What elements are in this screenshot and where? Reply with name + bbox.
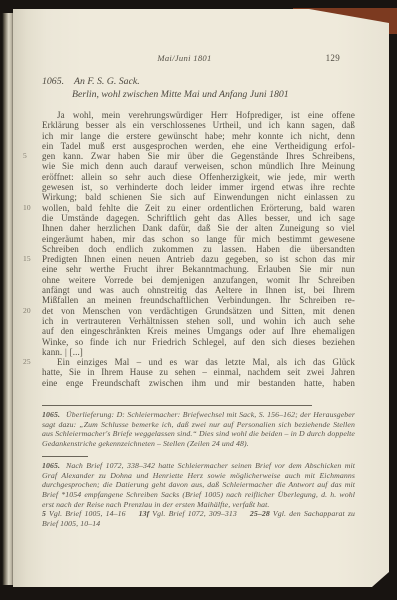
apparatus-sachapparat: 1065.Nach Brief 1072, 338–342 hatte Schl… (42, 461, 355, 510)
apparatus-section-rule (42, 456, 88, 457)
body-line: kann. | [...] (42, 347, 355, 357)
body-line-text: Winke, so finde ich nur Friedrich Schleg… (42, 337, 355, 347)
margin-line-number: 25 (23, 357, 37, 367)
body-line: Schreiben doch endlich zukommen zu lasse… (42, 244, 355, 254)
body-line-text: Wirkung; bald schienen Sie sich auf Einw… (42, 192, 355, 202)
body-line: Wirkung; bald schienen Sie sich auf Einw… (42, 192, 355, 202)
body-line-text: gen kann. Zwar haben Sie mir über die Ge… (42, 151, 355, 161)
page-content: Mai/Juni 1801 129 1065.An F. S. G. Sack.… (42, 52, 355, 529)
page-edges-strip (2, 13, 14, 585)
apparatus-ref: 5Vgl. Brief 1005, 14–16 (42, 509, 126, 518)
apparatus-ueberlieferung: 1065.Überlieferung: D: Schleiermacher: B… (42, 410, 355, 449)
book-scan: Mai/Juni 1801 129 1065.An F. S. G. Sack.… (0, 0, 397, 600)
apparatus-label: 1065. (42, 461, 60, 470)
body-line-text: eingeräumt haben, mir das schon so lange… (42, 234, 355, 244)
apparatus-ref-text: Vgl. Brief 1005, 14–16 (49, 509, 126, 518)
apparatus-label: 1065. (42, 410, 60, 419)
body-line: Winke, so finde ich nur Friedrich Schleg… (42, 337, 355, 347)
body-line-text: Ja wohl, mein verehrungswürdiger Herr Ho… (57, 110, 355, 120)
margin-line-number: 15 (23, 254, 37, 264)
body-line-text: det von Menschen von verdächtigen Grunds… (42, 306, 355, 316)
body-lines: Ja wohl, mein verehrungswürdiger Herr Ho… (42, 110, 355, 388)
body-line: 5gen kann. Zwar haben Sie mir über die G… (42, 151, 355, 161)
body-line-text: die Umstände dagegen. Schriftlich geht d… (42, 213, 355, 223)
apparatus-ref-lines: 13f (139, 509, 150, 518)
body-line: Ihnen daher herzlichen Dank dafür, daß S… (42, 223, 355, 233)
body-line-text: hatte, Sie in Ihrem Hause zu sehen – ein… (42, 367, 355, 377)
body-line-text: gewesen ist, so verhinderte doch leider … (42, 182, 355, 192)
page-number: 129 (326, 52, 340, 64)
running-title: Mai/Juni 1801 (28, 52, 341, 64)
body-line: anfängt und was auch ohnstreitig das Ael… (42, 285, 355, 295)
body-line: ohne weitere Vorrede bei demjenigen anzu… (42, 275, 355, 285)
body-line: die Umstände dagegen. Schriftlich geht d… (42, 213, 355, 223)
body-line: ich in vertrauteren Verhältnissen stehen… (42, 316, 355, 326)
body-line-text: ohne weitere Vorrede bei demjenigen anzu… (42, 275, 355, 285)
letter-number: 1065. (42, 75, 64, 88)
body-line: 10wollen, bald fehlte die Zeit zu einer … (42, 203, 355, 213)
body-line-text: anfängt und was auch ohnstreitig das Ael… (42, 285, 355, 295)
apparatus-ref-lines: 25–28 (250, 509, 270, 518)
body-line: eröffnet: allein so sehr auch diese Offe… (42, 172, 355, 182)
body-line: eine enge Freundschaft zwischen ihm und … (42, 378, 355, 388)
body-line-text: Predigten Ihnen einen neuen Antrieb dazu… (42, 254, 355, 264)
body-line: Mißfallen an meinen freundschaftlichen V… (42, 295, 355, 305)
body-line-text: eröffnet: allein so sehr auch diese Offe… (42, 172, 355, 182)
letter-heading: 1065.An F. S. G. Sack. Berlin, wohl zwis… (42, 75, 355, 101)
body-line-text: eine sehr werthe Frucht ihrer Bekanntmac… (42, 264, 355, 274)
margin-line-number: 10 (23, 203, 37, 213)
body-line: 15Predigten Ihnen einen neuen Antrieb da… (42, 254, 355, 264)
body-line: ich mir lange die erstere gewünscht habe… (42, 131, 355, 141)
body-line-text: auf den eingeschränkten Kreis meines Umg… (42, 326, 355, 336)
body-line-text: ich in vertrauteren Verhältnissen stehen… (42, 316, 355, 326)
body-line-text: Schreiben doch endlich zukommen zu lasse… (42, 244, 355, 254)
body-line: 20det von Menschen von verdächtigen Grun… (42, 306, 355, 316)
body-line: ein Tadel muß erst ausgesprochen werden,… (42, 141, 355, 151)
body-line: eine sehr werthe Frucht ihrer Bekanntmac… (42, 264, 355, 274)
apparatus-ueberlieferung-text: Überlieferung: D: Schleiermacher: Briefw… (42, 410, 355, 448)
book-page: Mai/Juni 1801 129 1065.An F. S. G. Sack.… (13, 9, 389, 587)
body-line: Erklärung besser als ein verschlossenes … (42, 120, 355, 130)
body-line-text: wollen, bald fehlte die Zeit zu einer or… (42, 203, 355, 213)
body-line-text: ein Tadel muß erst ausgesprochen werden,… (42, 141, 355, 151)
body-line-text: Mißfallen an meinen freundschaftlichen V… (42, 295, 355, 305)
apparatus-refs: 5Vgl. Brief 1005, 14–1613fVgl. Brief 107… (42, 509, 355, 528)
body-line: gewesen ist, so verhinderte doch leider … (42, 182, 355, 192)
body-line: wie Sie mich denn auch darauf verweisen,… (42, 161, 355, 171)
body-line-text: kann. | [...] (42, 347, 83, 357)
letter-dateline: Berlin, wohl zwischen Mitte Mai und Anfa… (72, 88, 355, 101)
apparatus-separator-rule (42, 405, 312, 406)
body-line-text: Ein einziges Mal – und es war das letzte… (57, 357, 355, 367)
body-line-text: ich mir lange die erstere gewünscht habe… (42, 131, 355, 141)
letter-heading-line1: 1065.An F. S. G. Sack. (42, 75, 355, 88)
body-line: Ja wohl, mein verehrungswürdiger Herr Ho… (42, 110, 355, 120)
apparatus-ref: 13fVgl. Brief 1072, 309–313 (139, 509, 237, 518)
running-header: Mai/Juni 1801 129 (42, 52, 355, 64)
body-line-text: eine enge Freundschaft zwischen ihm und … (42, 378, 355, 388)
body-line: hatte, Sie in Ihrem Hause zu sehen – ein… (42, 367, 355, 377)
letter-addressee: An F. S. G. Sack. (74, 76, 140, 87)
body-line-text: Ihnen daher herzlichen Dank dafür, daß S… (42, 223, 355, 233)
body-line: auf den eingeschränkten Kreis meines Umg… (42, 326, 355, 336)
apparatus-ref-text: Vgl. Brief 1072, 309–313 (152, 509, 237, 518)
apparatus-sachapparat-text: Nach Brief 1072, 338–342 hatte Schleierm… (42, 461, 355, 509)
body-line-text: wie Sie mich denn auch darauf verweisen,… (42, 161, 355, 171)
body-line: eingeräumt haben, mir das schon so lange… (42, 234, 355, 244)
margin-line-number: 20 (23, 306, 37, 316)
body-line-text: Erklärung besser als ein verschlossenes … (42, 120, 355, 130)
margin-line-number: 5 (23, 151, 37, 161)
apparatus-ref-lines: 5 (42, 509, 46, 518)
body-line: 25Ein einziges Mal – und es war das letz… (42, 357, 355, 367)
